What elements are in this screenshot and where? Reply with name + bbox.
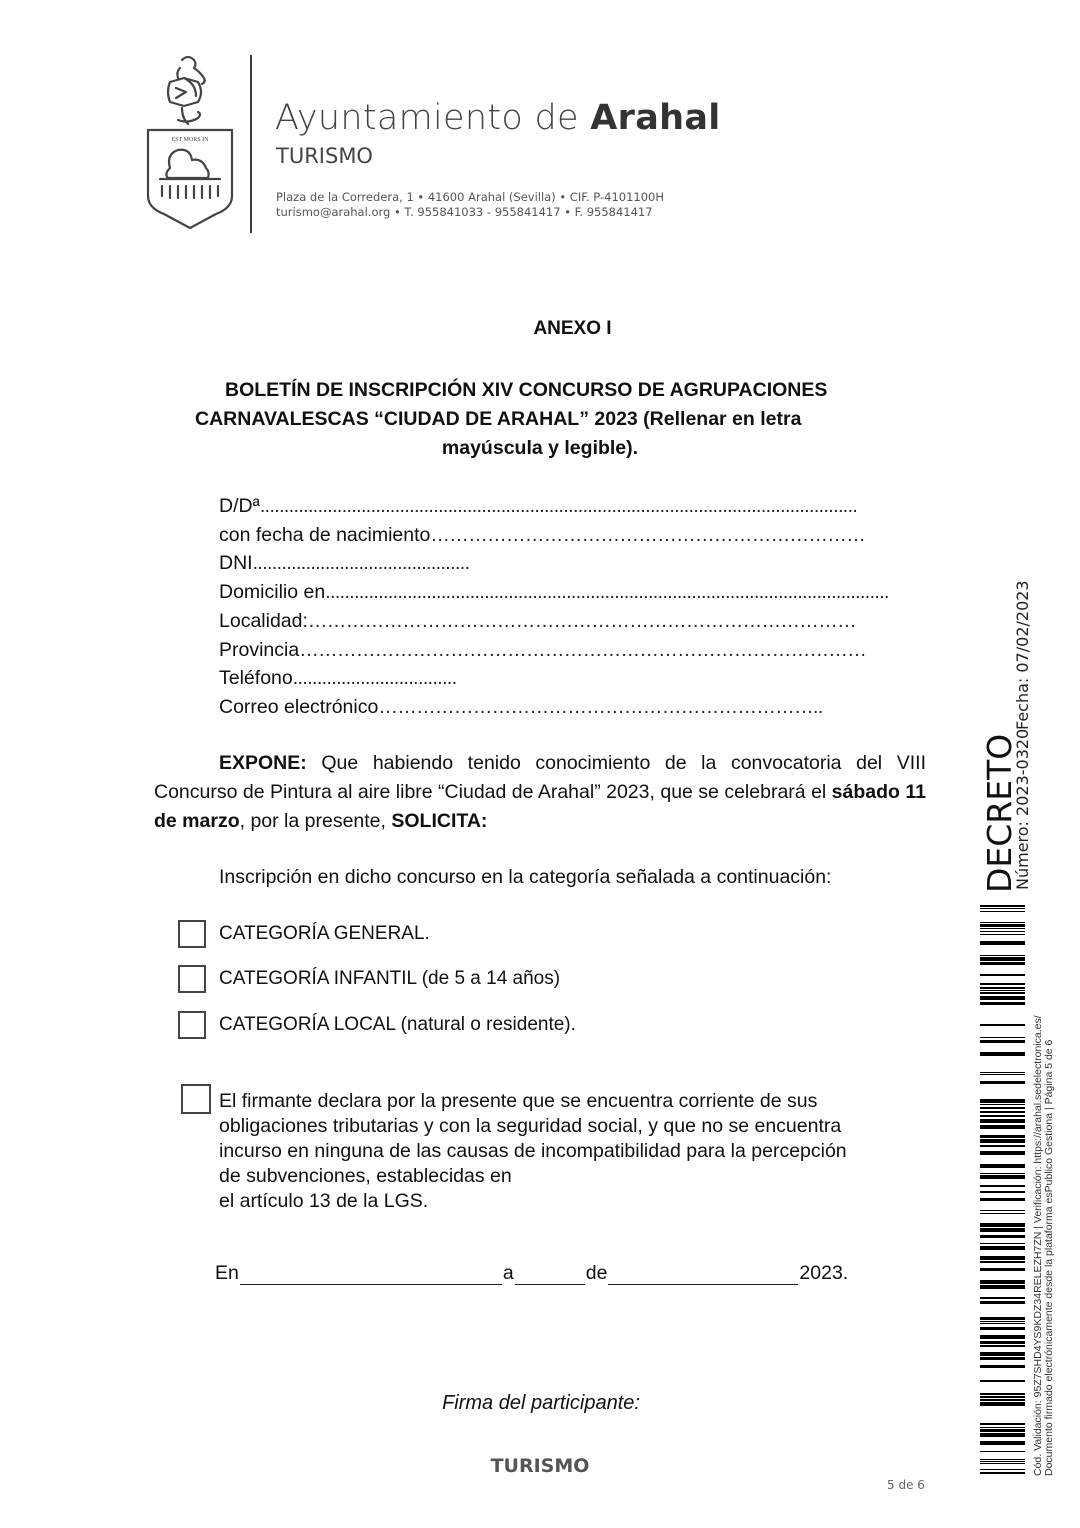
form-title: BOLETÍN DE INSCRIPCIÓN XIV CONCURSO DE A…	[195, 376, 925, 463]
inscription-text: Inscripción en dicho concurso en la cate…	[219, 866, 831, 889]
department-name: TURISMO	[276, 144, 373, 168]
field-phone[interactable]: Teléfono................................…	[219, 664, 924, 693]
month-blank[interactable]	[608, 1264, 798, 1285]
field-birth-date[interactable]: con fecha de nacimiento………………………………………………	[219, 521, 924, 550]
category-general[interactable]: CATEGORÍA GENERAL.	[178, 920, 430, 948]
expone-paragraph: EXPONE: Que habiendo tenido conocimiento…	[154, 749, 926, 836]
field-email[interactable]: Correo electrónico……………………………………………………………	[219, 693, 924, 722]
checkbox-local[interactable]	[178, 1011, 206, 1039]
field-province[interactable]: Provincia………………………………………………………………………………	[219, 636, 924, 665]
field-name[interactable]: D/Dª....................................…	[219, 492, 924, 521]
field-locality[interactable]: Localidad:……………………………………………………………………………	[219, 607, 924, 636]
day-blank[interactable]	[515, 1264, 585, 1285]
arahal-crest-logo: EST MORS IN	[140, 52, 240, 237]
annex-heading: ANEXO I	[0, 318, 1080, 340]
signature-label: Firma del participante:	[0, 1392, 1080, 1415]
field-address[interactable]: Domicilio en............................…	[219, 578, 924, 607]
place-blank[interactable]	[240, 1264, 502, 1285]
checkbox-infantil[interactable]	[178, 965, 206, 993]
declaration-text: El firmante declara por la presente que …	[219, 1089, 929, 1214]
svg-text:EST MORS IN: EST MORS IN	[172, 137, 210, 143]
category-infantil[interactable]: CATEGORÍA INFANTIL (de 5 a 14 años)	[178, 965, 560, 993]
personal-data-fields: D/Dª....................................…	[219, 492, 924, 722]
header-divider	[250, 55, 252, 233]
organization-name: Ayuntamiento de Arahal	[275, 98, 721, 138]
organization-address: Plaza de la Corredera, 1 • 41600 Arahal …	[276, 190, 664, 220]
electronic-signature-note: Documento firmado electrónicamente desde…	[1043, 1040, 1055, 1476]
field-dni[interactable]: DNI.....................................…	[219, 549, 924, 578]
validation-barcode	[980, 905, 1025, 1475]
checkbox-general[interactable]	[178, 920, 206, 948]
checkbox-declaration[interactable]	[181, 1084, 211, 1114]
category-local[interactable]: CATEGORÍA LOCAL (natural o residente).	[178, 1011, 576, 1039]
decree-number: Número: 2023-0320	[1013, 729, 1032, 890]
date-place-line: En a de 2023.	[215, 1262, 848, 1285]
page-number: 5 de 6	[887, 1478, 925, 1492]
footer-department: TURISMO	[0, 1455, 1080, 1477]
decree-date: Fecha: 07/02/2023	[1013, 580, 1032, 730]
